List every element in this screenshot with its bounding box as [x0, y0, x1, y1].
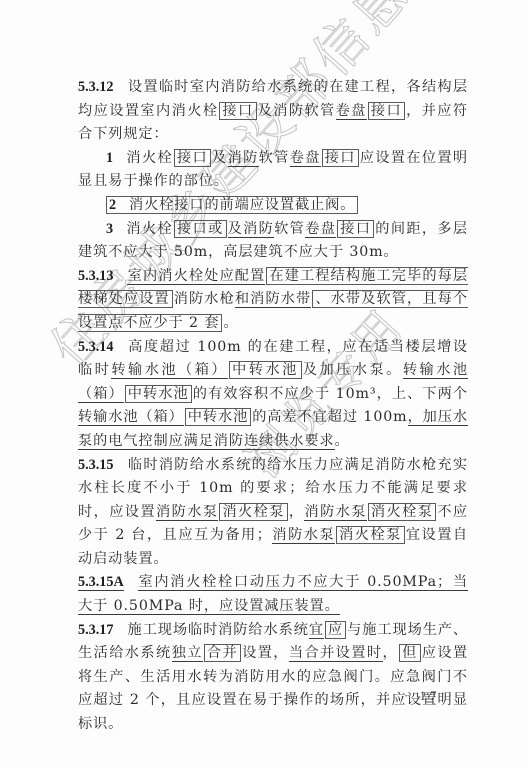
item-number: 3 — [106, 221, 114, 237]
document-body: 5.3.12设置临时室内消防给水系统的在建工程，各结构层均应设置室内消火栓接口及… — [78, 76, 468, 737]
inserted-text: 转输水池（箱） — [78, 409, 184, 426]
body-text: 。 — [223, 315, 238, 331]
body-text: 设置， — [242, 645, 289, 661]
body-text: 消防水枪 — [174, 291, 235, 307]
clause-number: 5.3.12 — [78, 79, 113, 95]
deleted-text: 中转水池 — [125, 385, 192, 403]
inserted-text: 宜 — [309, 622, 324, 639]
clause-paragraph: 5.3.15临时消防给水系统的给水压力应满足消防水枪充实水柱长度不小于 10m … — [78, 454, 468, 572]
inserted-text: 转输水池（箱） — [111, 362, 228, 379]
inserted-text: 室内消火栓处应配置 — [127, 268, 265, 285]
deleted-text: 应 — [325, 621, 346, 639]
deleted-text: 中转水池 — [229, 361, 302, 379]
inserted-text: 卷盘 — [305, 221, 336, 238]
body-text: ， — [289, 504, 305, 520]
item-number: 2 — [109, 197, 117, 213]
body-text: 软管 — [274, 221, 305, 237]
clause-paragraph: 5.3.15A室内消火栓栓口动压力不应大于 0.50MPa；当大于 0.50MP… — [78, 571, 468, 618]
body-text: 消火栓接口的前端应设置截止阀。 — [129, 197, 355, 213]
body-text: 。 — [335, 433, 350, 449]
inserted-text: 消防水泵 — [304, 504, 366, 521]
inserted-text: 消防水泵 — [272, 527, 335, 544]
body-text: ， — [383, 645, 399, 661]
inserted-text: 卷盘 — [336, 103, 367, 120]
inserted-text: 消防水泵 — [156, 504, 218, 521]
body-text: 及消防软管 — [258, 103, 336, 119]
body-text: 的有效容积不应少于 10m³，上、下两个 — [193, 386, 468, 402]
deleted-text: 消火栓泵 — [368, 503, 436, 521]
inserted-text: 室内消火栓栓口动压力不应大于 0.50MPa；当大于 0.50MPa 时，应设置… — [78, 574, 468, 615]
body-text: 消火栓 — [126, 150, 173, 166]
body-text: 软管 — [259, 150, 290, 166]
clause-paragraph: 5.3.17施工现场临时消防给水系统宜应与施工现场生产、生活给水系统独立合并设置… — [78, 619, 468, 737]
deleted-text: 接口 — [368, 102, 405, 120]
deleted-text: 接口 — [337, 220, 374, 238]
deleted-text: 接口或 — [174, 220, 227, 238]
deleted-text: 但 — [399, 644, 421, 662]
deleted-text: 消火栓泵 — [219, 503, 287, 521]
deleted-text: 合并 — [204, 644, 241, 662]
page-number: · 17 · — [400, 688, 460, 704]
body-text: 消火栓 — [126, 221, 173, 237]
deleted-text: 中转水池 — [185, 408, 251, 426]
clause-paragraph: 5.3.12设置临时室内消防给水系统的在建工程，各结构层均应设置室内消火栓接口及… — [78, 76, 468, 147]
document-page: 住房城乡建设部信息公开 浏览专用 5.3.12设置临时室内消防给水系统的在建工程… — [0, 0, 528, 768]
clause-paragraph: 5.3.13室内消火栓处应配置在建工程结构施工完毕的每层楼梯处应设置消防水枪和消… — [78, 265, 468, 336]
deleted-text: 接口 — [322, 149, 359, 167]
item-number: 1 — [106, 150, 114, 166]
inserted-text: 及消防 — [228, 221, 275, 238]
deleted-text: 接口 — [219, 102, 256, 120]
body-text: 及 — [212, 150, 228, 166]
clause-item: 2消火栓接口的前端应设置截止阀。 — [78, 194, 468, 218]
body-text: 施工现场临时消防给水系统 — [127, 622, 308, 638]
inserted-text: 消防 — [228, 150, 259, 167]
inserted-text: 卷盘 — [290, 150, 321, 167]
clause-paragraph: 5.3.14高度超过 100m 的在建工程，应在适当楼层增设临时转输水池（箱）中… — [78, 336, 468, 454]
deleted-item-box: 2消火栓接口的前端应设置截止阀。 — [106, 196, 358, 214]
inserted-text: 独立 — [172, 645, 203, 662]
clause-number: 5.3.15A — [78, 574, 124, 591]
clause-number: 5.3.14 — [78, 339, 113, 355]
clause-number: 5.3.13 — [78, 268, 113, 284]
inserted-text: 当合并设置时 — [289, 645, 383, 662]
body-text: 的高差不宜超过 100m — [252, 409, 407, 425]
clause-number: 5.3.17 — [78, 622, 113, 638]
clause-number: 5.3.15 — [78, 457, 113, 473]
body-text: 及加压水泵。 — [303, 362, 403, 378]
deleted-text: 接口 — [174, 149, 211, 167]
clause-item: 3消火栓接口或及消防软管卷盘接口的间距，多层建筑不应大于 50m，高层建筑不应大… — [78, 218, 468, 265]
clause-item: 1消火栓接口及消防软管卷盘接口应设置在位置明显且易于操作的部位。 — [78, 147, 468, 194]
inserted-text: 和消防水带 — [235, 291, 311, 308]
deleted-text: 消火栓泵 — [336, 526, 405, 544]
